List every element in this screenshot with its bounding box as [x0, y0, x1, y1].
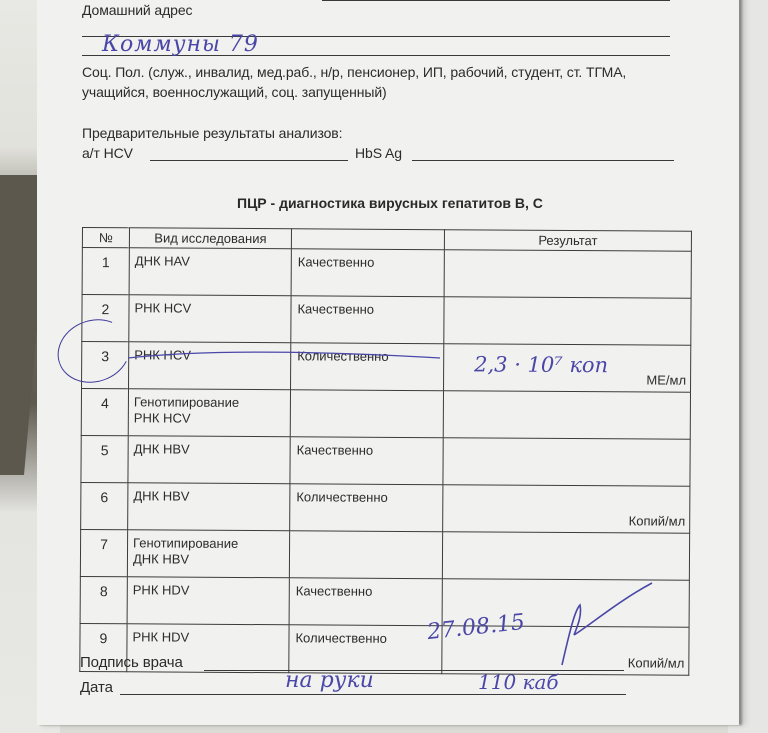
table-row: 1 ДНК HAV Качественно	[82, 248, 691, 299]
row-test-line-1: Генотипирование	[134, 394, 290, 411]
home-address-label: Домашний адрес	[82, 2, 192, 18]
row-number: 8	[80, 576, 127, 623]
hbs-ag-label: HbS Ag	[355, 145, 402, 161]
row-method: Качественно	[290, 437, 443, 485]
table-row: 8 РНК HDV Качественно	[80, 576, 689, 627]
row-method: Количественно	[289, 625, 442, 674]
row-test-line-2: ДНК HBV	[133, 551, 289, 568]
table-row: 6 ДНК HBV Количественно Копий/мл	[81, 482, 690, 533]
result-unit: Копий/мл	[628, 655, 685, 670]
table-title: ПЦР - диагностика вирусных гепатитов В, …	[237, 195, 543, 211]
row-test: РНК HDV	[127, 577, 289, 625]
social-status-line-1: Соц. Пол. (служ., инвалид, мед.раб., н/р…	[82, 64, 626, 80]
pcr-results-table: № Вид исследования Результат 1 ДНК HAV К…	[79, 227, 692, 676]
anti-hcv-label: а/т HCV	[82, 145, 133, 161]
anti-hcv-line	[150, 160, 348, 161]
row-result	[444, 250, 691, 299]
row-test: ДНК HBV	[128, 436, 290, 484]
row-result	[443, 438, 690, 487]
row-method: Качественно	[289, 578, 442, 626]
table-row: 7 Генотипирование ДНК HBV	[80, 529, 689, 580]
row-result: 2,3 · 10⁷ коп МЕ/мл	[444, 344, 691, 393]
row-result	[442, 532, 689, 581]
row-test: Генотипирование РНК HCV	[128, 389, 290, 437]
result-unit: Копий/мл	[629, 513, 686, 528]
table-row: 4 Генотипирование РНК HCV	[81, 389, 690, 440]
date-label: Дата	[80, 679, 113, 696]
row-number: 6	[81, 482, 128, 529]
row-test-line-2: РНК HCV	[134, 410, 290, 427]
doctor-signature-label: Подпись врача	[80, 654, 183, 671]
row-method: Качественно	[291, 249, 444, 297]
row-number: 4	[81, 389, 128, 436]
header-result: Результат	[444, 230, 691, 252]
hbs-ag-line	[412, 160, 674, 161]
row-test: Генотипирование ДНК HBV	[127, 530, 289, 578]
row-test-line-1: Генотипирование	[133, 535, 289, 552]
home-address-value: Коммуны 79	[102, 32, 259, 57]
row-number: 7	[80, 529, 127, 576]
row-test: РНК HCV	[129, 342, 291, 390]
row-method	[289, 531, 442, 579]
header-method	[291, 229, 444, 250]
date-line	[120, 694, 626, 695]
row-number: 5	[81, 435, 128, 482]
row-test: ДНК HAV	[129, 248, 291, 296]
table-row: 3 РНК HCV Количественно 2,3 · 10⁷ коп МЕ…	[82, 342, 691, 393]
row-method: Количественно	[291, 343, 444, 391]
row-test: ДНК HBV	[128, 483, 290, 531]
result-unit: МЕ/мл	[646, 372, 686, 387]
row-method: Качественно	[291, 296, 444, 344]
row-method	[290, 390, 443, 438]
row-result	[443, 391, 690, 440]
table-row: 2 РНК HCV Качественно	[82, 295, 691, 346]
handwritten-room: 110 каб	[478, 670, 559, 694]
row-result	[444, 297, 691, 346]
handwritten-result-value: 2,3 · 10⁷ коп	[474, 352, 608, 377]
table-row: 5 ДНК HBV Качественно	[81, 435, 690, 486]
row-result: Копий/мл	[443, 485, 690, 534]
row-number: 1	[82, 248, 129, 295]
previous-field-line	[322, 0, 670, 1]
preliminary-results-label: Предварительные результаты анализов:	[82, 125, 342, 141]
header-test-type: Вид исследования	[129, 228, 291, 249]
handwritten-note: на руки	[285, 668, 374, 693]
header-number: №	[82, 228, 129, 248]
row-test: РНК HCV	[129, 295, 291, 343]
row-method: Количественно	[290, 484, 443, 532]
doctor-signature-line	[204, 670, 624, 671]
social-status-line-2: учащийся, военнослужащий, соц. запущенны…	[82, 84, 387, 100]
